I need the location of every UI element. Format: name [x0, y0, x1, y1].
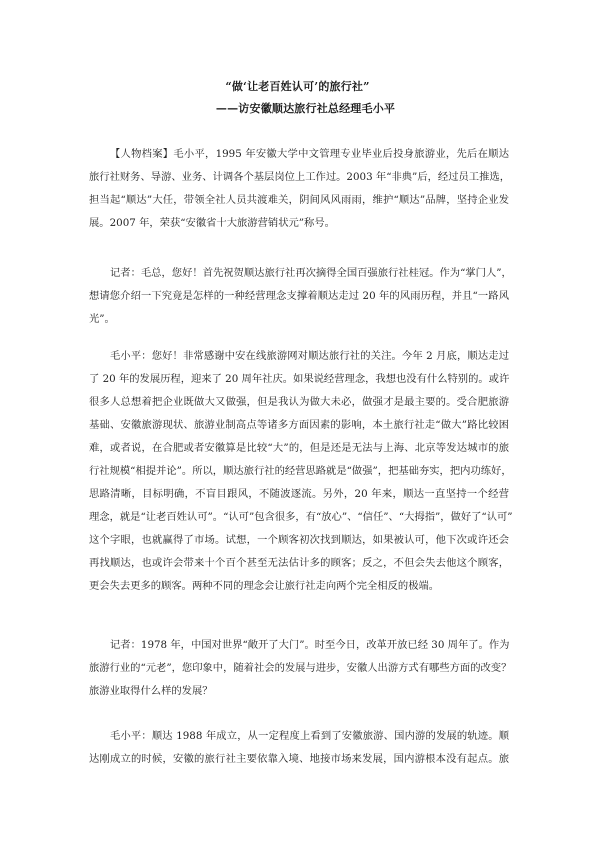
text-line: 旅游业取得什么样的发展？ — [89, 680, 509, 703]
text-line: 想请您介绍一下究竟是怎样的一种经营理念支撑着顺达走过 20 年的风雨历程，并且“… — [89, 285, 509, 308]
text-line: 理念，就是“让老百姓认可”。“认可”包含很多，有“放心”、“信任”、“大拇指”，… — [89, 506, 509, 529]
text-line: 思路清晰，目标明确，不盲目跟风，不随波逐流。另外，20 年来，顺达一直坚持一个经… — [89, 483, 509, 506]
text-line: 难，或者说，在合肥或者安徽算是比较“大”的，但是还是无法与上海、北京等发达城市的… — [89, 437, 509, 460]
reporter-question-paragraph: 记者：毛总，您好！首先祝贺顺达旅行社再次摘得全国百强旅行社桂冠。作为“掌门人”，… — [89, 262, 509, 331]
document-title: “做‘让老百姓认可’的旅行社” — [0, 78, 595, 94]
text-line: 更会失去更多的顾客。两种不同的理念会让旅行社走向两个完全相反的极端。 — [89, 575, 509, 598]
interviewee-answer-paragraph: 毛小平：顺达 1988 年成立，从一定程度上看到了安徽旅游、国内游的发展的轨迹。… — [89, 725, 509, 771]
text-line: 基础、安徽旅游现状、旅游业制高点等诸多方面因素的影响，本土旅行社走“做大”路比较… — [89, 414, 509, 437]
text-line: 光”。 — [89, 308, 509, 331]
text-line: 记者：毛总，您好！首先祝贺顺达旅行社再次摘得全国百强旅行社桂冠。作为“掌门人”， — [89, 262, 509, 285]
text-line: 毛小平：您好！非常感谢中安在线旅游网对顺达旅行社的关注。今年 2 月底，顺达走过 — [89, 345, 509, 368]
profile-paragraph: 【人物档案】毛小平，1995 年安徽大学中文管理专业毕业后投身旅游业，先后在顺达… — [89, 143, 509, 235]
text-line: 达刚成立的时候，安徽的旅行社主要依靠入境、地接市场来发展，国内游根本没有起点。旅 — [89, 748, 509, 771]
text-line: 行社规模“相提并论”。所以，顺达旅行社的经营思路就是“做强”，把基础夯实，把内功… — [89, 460, 509, 483]
text-line: 旅游行业的“元老”，您印象中，随着社会的发展与进步，安徽人出游方式有哪些方面的改… — [89, 657, 509, 680]
text-line: 记者：1978 年，中国对世界“敞开了大门”。时至今日，改革开放已经 30 周年… — [89, 634, 509, 657]
text-line: 【人物档案】毛小平，1995 年安徽大学中文管理专业毕业后投身旅游业，先后在顺达 — [89, 143, 509, 166]
reporter-question-paragraph: 记者：1978 年，中国对世界“敞开了大门”。时至今日，改革开放已经 30 周年… — [89, 634, 509, 703]
text-line: 这个字眼，也就赢得了市场。试想，一个顾客初次找到顺达，如果被认可，他下次或许还会 — [89, 529, 509, 552]
text-line: 再找顺达，也或许会带来十个百个甚至无法估计多的顾客；反之，不但会失去他这个顾客， — [89, 552, 509, 575]
text-line: 展。2007 年，荣获“安徽省十大旅游营销状元”称号。 — [89, 212, 509, 235]
document-subtitle: ——访安徽顺达旅行社总经理毛小平 — [8, 100, 595, 116]
text-line: 很多人总想着把企业既做大又做强，但是我认为做大未必，做强才是最主要的。受合肥旅游 — [89, 391, 509, 414]
text-line: 担当起“顺达”大任，带领全社人员共渡难关，阴间风风雨雨，维护“顺达”品牌，坚持企… — [89, 189, 509, 212]
text-line: 旅行社财务、导游、业务、计调各个基层岗位上工作过。2003 年“非典”后，经过员… — [89, 166, 509, 189]
text-line: 了 20 年的发展历程，迎来了 20 周年社庆。如果说经营理念，我想也没有什么特… — [89, 368, 509, 391]
text-line: 毛小平：顺达 1988 年成立，从一定程度上看到了安徽旅游、国内游的发展的轨迹。… — [89, 725, 509, 748]
document-page: “做‘让老百姓认可’的旅行社” ——访安徽顺达旅行社总经理毛小平 【人物档案】毛… — [0, 0, 595, 842]
interviewee-answer-paragraph: 毛小平：您好！非常感谢中安在线旅游网对顺达旅行社的关注。今年 2 月底，顺达走过… — [89, 345, 509, 598]
